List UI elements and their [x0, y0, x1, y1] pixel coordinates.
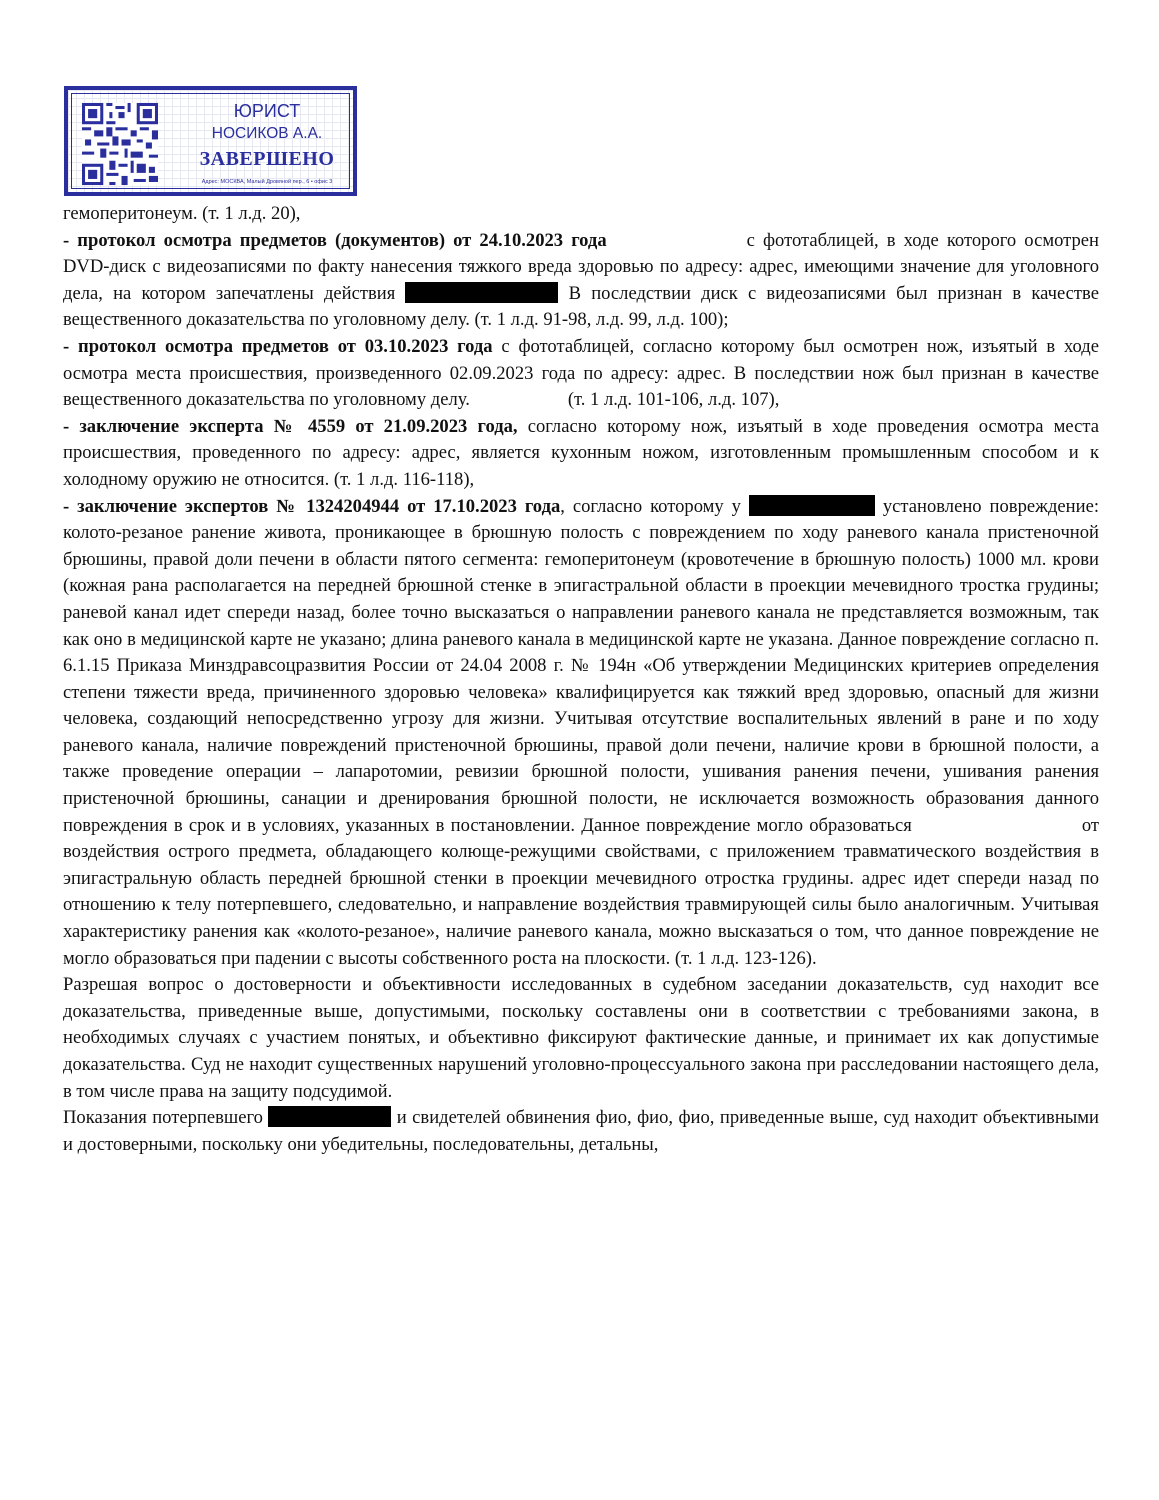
stamp-name: НОСИКОВ А.А. — [177, 125, 357, 143]
testimony-text: Показания потерпевшего — [63, 1107, 263, 1128]
stamp-address: Адрес: МОСКВА, Малый Дровяной пер., 6 • … — [167, 179, 367, 185]
evidence-item-expert-1324204944: - заключение экспертов № 1324204944 от 1… — [63, 494, 1099, 973]
redacted-name — [268, 1106, 391, 1127]
evidence-text: (т. 1 л.д. 101-106, л.д. 107), — [568, 389, 780, 410]
evidence-text: установлено повреждение: колото-резаное … — [63, 496, 1099, 836]
stamp-profession: ЮРИСТ — [177, 101, 357, 122]
evidence-item-dvd-protocol: - протокол осмотра предметов (документов… — [63, 228, 1099, 334]
paragraph-continuation: гемоперитонеум. (т. 1 л.д. 20), — [63, 201, 1099, 228]
evidence-text: , согласно которому у — [560, 496, 741, 517]
evidence-item-knife-protocol: - протокол осмотра предметов от 03.10.20… — [63, 334, 1099, 414]
redacted-name — [405, 282, 558, 303]
redacted-name — [749, 495, 875, 516]
qr-code-icon — [82, 102, 158, 186]
evidence-title: - протокол осмотра предметов от 03.10.20… — [63, 336, 493, 357]
document-body: гемоперитонеум. (т. 1 л.д. 20), - проток… — [63, 201, 1099, 1158]
stamp-status: ЗАВЕРШЕНО — [177, 148, 357, 171]
testimony-paragraph: Показания потерпевшего и свидетелей обви… — [63, 1105, 1099, 1158]
evidence-title: - заключение экспертов № 1324204944 от 1… — [63, 496, 560, 517]
evidence-item-expert-4559: - заключение эксперта № 4559 от 21.09.20… — [63, 414, 1099, 494]
evidence-text: от воздействия острого предмета, обладаю… — [63, 815, 1099, 969]
stamp-inner-border: ЮРИСТ НОСИКОВ А.А. ЗАВЕРШЕНО Адрес: МОСК… — [71, 93, 350, 189]
court-assessment-paragraph: Разрешая вопрос о достоверности и объект… — [63, 972, 1099, 1105]
lawyer-stamp: ЮРИСТ НОСИКОВ А.А. ЗАВЕРШЕНО Адрес: МОСК… — [64, 86, 357, 196]
evidence-title: - протокол осмотра предметов (документов… — [63, 230, 607, 251]
evidence-title: - заключение эксперта № 4559 от 21.09.20… — [63, 416, 518, 437]
